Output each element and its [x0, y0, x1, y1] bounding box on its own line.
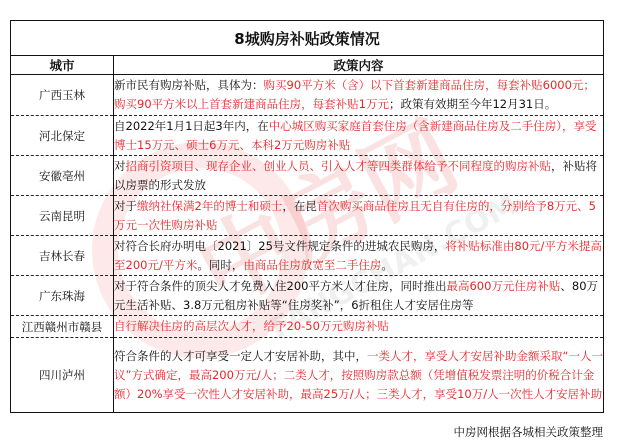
highlighted-policy-text: 招商引资项目、现存企业、创业人员、引入人才等四类群体给予不同程度的购房补贴	[126, 159, 552, 173]
policy-text: 对	[114, 159, 126, 173]
table-row: 广东珠海 对于符合条件的顶尖人才免费入住200平方米人才住房，同时推出最高600…	[11, 276, 604, 316]
table-body: 广西玉林 新市民有购房补贴，具体为：购买90平方米（含）以下首套新建商品住房，每…	[11, 75, 604, 413]
policy-text: ，在昆	[282, 199, 317, 213]
policy-text: ；政策有效期至今年12月31日。	[389, 97, 556, 111]
highlighted-policy-text: 由商品住房放宽至二手住房	[243, 258, 381, 272]
policy-text: 符合条件的人才可享受一定人才安居补助，其中，	[114, 349, 367, 363]
highlighted-policy-text: 缴纳社保满2年的博士和硕士	[137, 199, 282, 213]
city-cell: 四川泸州	[11, 338, 114, 413]
policy-content-cell: 对招商引资项目、现存企业、创业人员、引入人才等四类群体给予不同程度的购房补贴，补…	[114, 156, 604, 196]
city-cell: 广西玉林	[11, 75, 114, 116]
table-row: 四川泸州 符合条件的人才可享受一定人才安居补助，其中，一类人才，享受人才安居补助…	[11, 338, 604, 413]
table-row: 广西玉林 新市民有购房补贴，具体为：购买90平方米（含）以下首套新建商品住房，每…	[11, 75, 604, 116]
policy-page: 中房网 FANGCHAN.COM 8城购房补贴政策情况 城市 政策内容 广西玉林…	[0, 0, 624, 443]
policy-text: 。同时，	[197, 258, 243, 272]
table-title: 8城购房补贴政策情况	[11, 21, 604, 56]
policy-text: 自2022年1月1日起3年内，在	[114, 119, 269, 133]
table-row: 江西赣州市赣县 自行解决住房的高层次人才，给予20-50万元购房补贴	[11, 316, 604, 338]
policy-text: 新市民有购房补贴，具体为：	[114, 78, 264, 92]
table-row: 河北保定 自2022年1月1日起3年内，在中心城区购买家庭首套住房（含新建商品住…	[11, 116, 604, 156]
city-cell: 广东珠海	[11, 276, 114, 316]
highlighted-policy-text: 最高600万元住房补贴	[446, 279, 560, 293]
policy-text: 。	[381, 258, 393, 272]
policy-content-cell: 对符合长府办明电〔2021〕25号文件规定条件的进城农民购房，将补贴标准由80元…	[114, 236, 604, 276]
source-note: 中房网根据各城相关政策整理	[454, 424, 604, 440]
policy-text: 对符合长府办明电〔2021〕25号文件规定条件的进城农民购房，	[114, 239, 445, 253]
policy-content-cell: 对于缴纳社保满2年的博士和硕士，在昆首次购买商品住房且无自有住房的，分别给予8万…	[114, 196, 604, 236]
highlighted-policy-text: 自行解决住房的高层次人才，给予20-50万元购房补贴	[114, 319, 389, 333]
city-cell: 吉林长春	[11, 236, 114, 276]
city-cell: 安徽亳州	[11, 156, 114, 196]
column-header-content: 政策内容	[114, 56, 604, 75]
policy-content-cell: 符合条件的人才可享受一定人才安居补助，其中，一类人才，享受人才安居补助金额采取“…	[114, 338, 604, 413]
table-row: 安徽亳州 对招商引资项目、现存企业、创业人员、引入人才等四类群体给予不同程度的购…	[11, 156, 604, 196]
policy-text: 对于	[114, 199, 137, 213]
policy-content-cell: 自行解决住房的高层次人才，给予20-50万元购房补贴	[114, 316, 604, 338]
policy-text: 对于符合条件的顶尖人才免费入住200平方米人才住房，同时推出	[114, 279, 446, 293]
city-cell: 云南昆明	[11, 196, 114, 236]
policy-content-cell: 自2022年1月1日起3年内，在中心城区购买家庭首套住房（含新建商品住房及二手住…	[114, 116, 604, 156]
column-header-city: 城市	[11, 56, 114, 75]
policy-content-cell: 对于符合条件的顶尖人才免费入住200平方米人才住房，同时推出最高600万元住房补…	[114, 276, 604, 316]
policy-content-cell: 新市民有购房补贴，具体为：购买90平方米（含）以下首套新建商品住房，每套补贴60…	[114, 75, 604, 116]
table-row: 云南昆明 对于缴纳社保满2年的博士和硕士，在昆首次购买商品住房且无自有住房的，分…	[11, 196, 604, 236]
subsidy-policy-table: 8城购房补贴政策情况 城市 政策内容 广西玉林 新市民有购房补贴，具体为：购买9…	[10, 20, 604, 413]
city-cell: 河北保定	[11, 116, 114, 156]
table-row: 吉林长春 对符合长府办明电〔2021〕25号文件规定条件的进城农民购房，将补贴标…	[11, 236, 604, 276]
city-cell: 江西赣州市赣县	[11, 316, 114, 338]
